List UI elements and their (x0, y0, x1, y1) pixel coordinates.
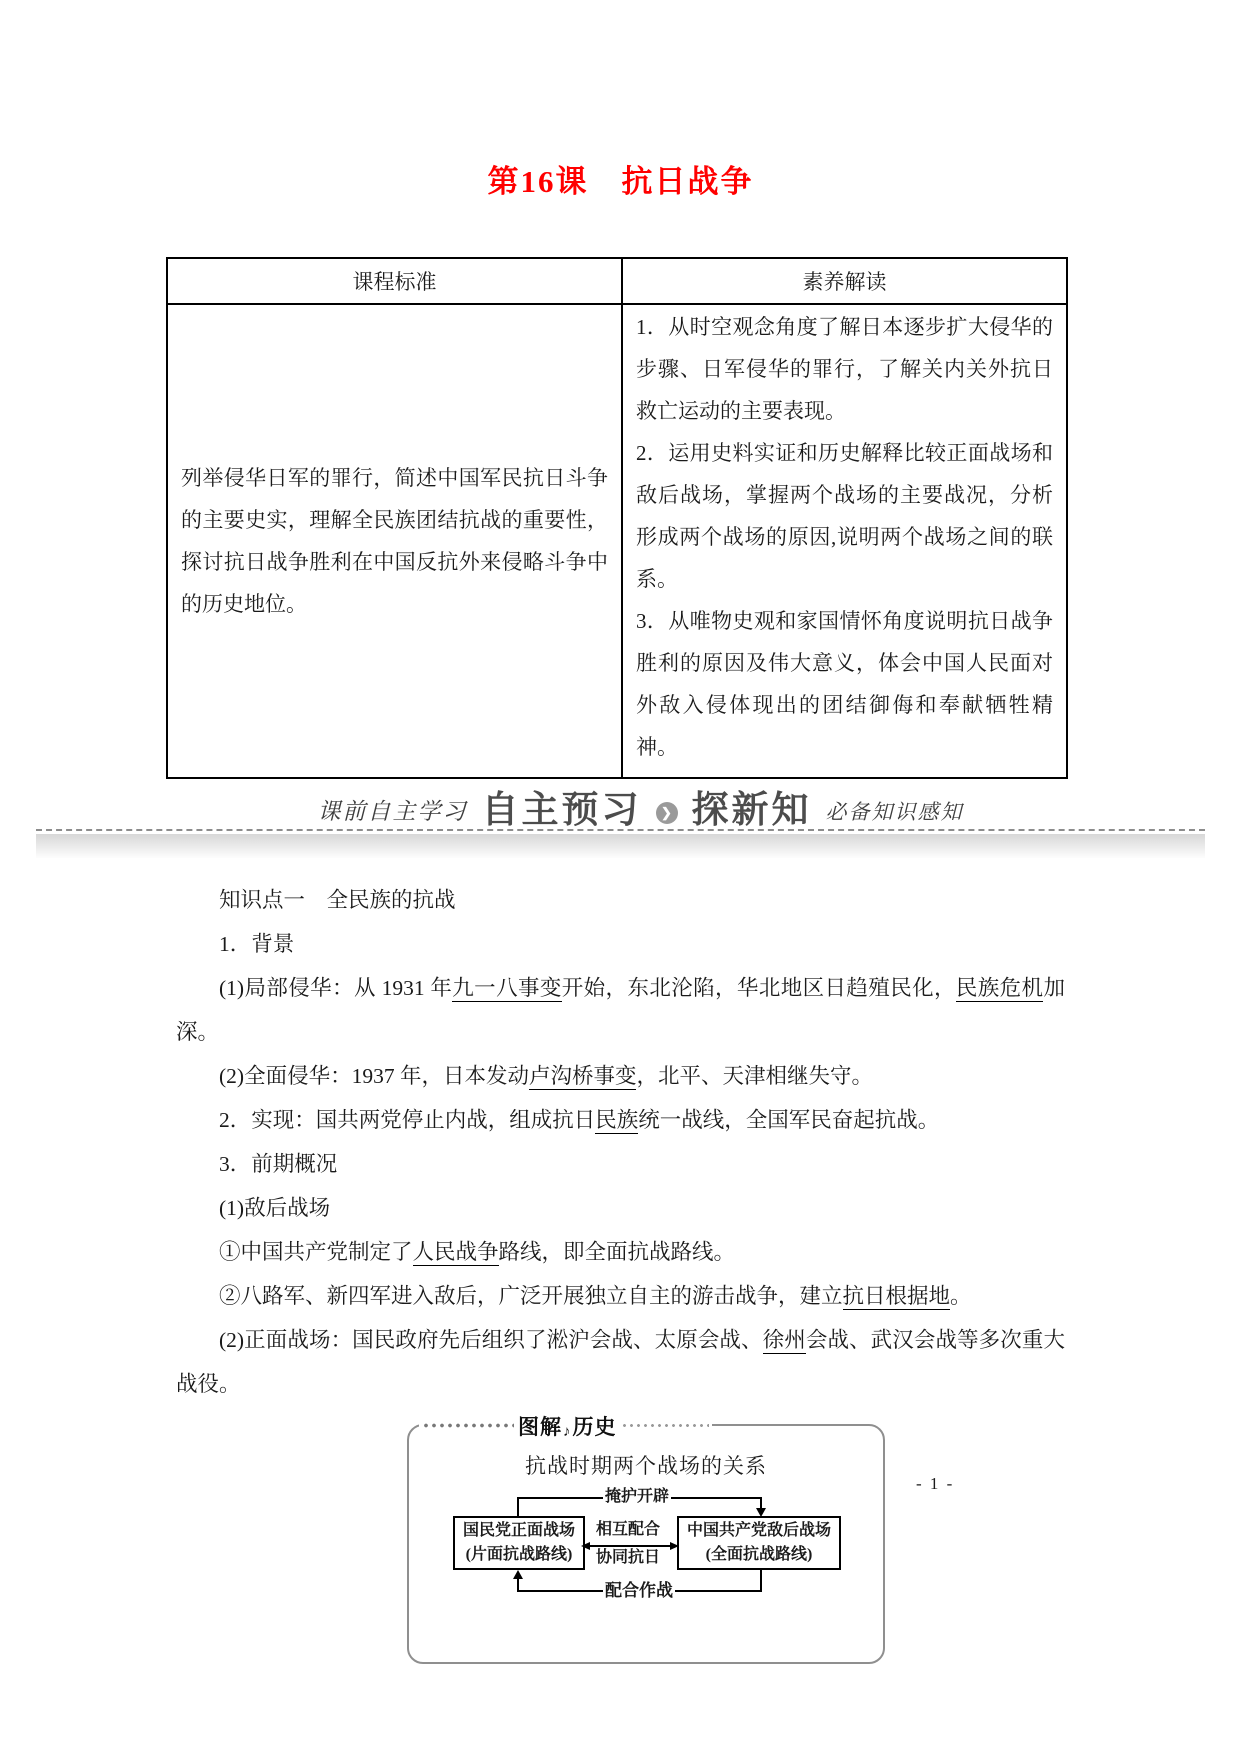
text-run: 2．实现：国共两党停止内战，组成抗日 (219, 1108, 595, 1132)
literacy-interpretation-cell: 1．从时空观念角度了解日本逐步扩大侵华的步骤、日军侵华的罪行，了解关内关外抗日救… (622, 304, 1067, 778)
diagram-tag-left: 图解 (518, 1416, 562, 1439)
document-page: 第16课 抗日战争 课程标准 素养解读 列举侵华日军的罪行，简述中国军民抗日斗争… (0, 0, 1241, 1664)
paragraph-background: 1．背景 (176, 922, 1065, 966)
flow-box-ccp-rear: 中国共产党敌后战场(全面抗战路线) (677, 1516, 841, 1570)
table-body-row: 列举侵华日军的罪行，简述中国军民抗日斗争的主要史实，理解全民族团结抗战的重要性，… (167, 304, 1067, 778)
flow-label-cooperate: 相互配合 (594, 1521, 662, 1539)
paragraph-enemy-rear: (1)敌后战场 (176, 1186, 1065, 1230)
text-run: (1)局部侵华：从 1931 年 (219, 976, 452, 1000)
literacy-item-2: 2．运用史料实证和历史解释比较正面战场和敌后战场，掌握两个战场的主要战况，分析形… (636, 432, 1053, 600)
top-left-line (517, 1497, 519, 1516)
section-heading-text: 知识点一 全民族的抗战 (219, 888, 456, 912)
literacy-item-3: 3．从唯物史观和家国情怀角度说明抗日战争胜利的原因及伟大意义，体会中国人民面对外… (636, 600, 1053, 768)
page-number: - 1 - (916, 1474, 954, 1494)
underlined-term: 抗日根据地 (843, 1284, 951, 1310)
flow-box-kmt-frontal: 国民党正面战场(片面抗战路线) (453, 1516, 585, 1570)
diagram-tag-label: 图解♪历史 (514, 1411, 621, 1441)
dotted-leader-icon (621, 1422, 709, 1429)
table-header-curriculum-standard: 课程标准 (167, 258, 622, 304)
paragraph-early-overview: 3．前期概况 (176, 1142, 1065, 1186)
diagram-title: 抗战时期两个战场的关系 (409, 1450, 883, 1480)
flow-box-line: 国民党正面战场 (463, 1522, 575, 1539)
text-run: (1)敌后战场 (219, 1196, 330, 1220)
text-run: (2)全面侵华：1937 年，日本发动 (219, 1064, 529, 1088)
flow-box-line: 中国共产党敌后战场 (687, 1522, 831, 1539)
flow-box-line: (全面抗战路线) (706, 1546, 813, 1563)
banner-right-label: 必备知识感知 (826, 796, 964, 829)
diagram-box: 图解♪历史 抗战时期两个战场的关系 掩护开辟 国民党正面战场(片面抗战路线) 中… (407, 1424, 885, 1664)
text-run: ②八路军、新四军进入敌后，广泛开展独立自主的游击战争，建立 (219, 1284, 843, 1308)
literacy-item-1: 1．从时空观念角度了解日本逐步扩大侵华的步骤、日军侵华的罪行，了解关内关外抗日救… (636, 306, 1053, 432)
text-run: 1．背景 (219, 932, 294, 956)
text-run: 。 (950, 1284, 972, 1308)
flow-box-line: (片面抗战路线) (466, 1546, 573, 1563)
diagram-tag: 图解♪历史 (419, 1412, 712, 1439)
curriculum-standard-cell: 列举侵华日军的罪行，简述中国军民抗日斗争的主要史实，理解全民族团结抗战的重要性，… (167, 304, 622, 778)
play-icon: ❯ (656, 802, 678, 824)
banner-left-label: 课前自主学习 (318, 793, 468, 829)
paragraph-guerrilla: ②八路军、新四军进入敌后，广泛开展独立自主的游击战争，建立抗日根据地。 (176, 1274, 1065, 1318)
underlined-term: 卢沟桥事变 (529, 1064, 637, 1090)
flow-label-cover: 掩护开辟 (603, 1488, 671, 1506)
paragraph-partial-invasion: (1)局部侵华：从 1931 年九一八事变开始，东北沦陷，华北地区日趋殖民化，民… (176, 966, 1065, 1054)
table-header-row: 课程标准 素养解读 (167, 258, 1067, 304)
text-run: 路线，即全面抗战路线。 (499, 1240, 736, 1264)
underlined-term: 民族危机 (956, 976, 1044, 1002)
underlined-term: 徐州 (763, 1328, 806, 1354)
curriculum-table: 课程标准 素养解读 列举侵华日军的罪行，简述中国军民抗日斗争的主要史实，理解全民… (166, 257, 1068, 779)
banner-main-right: 探新知 (690, 791, 814, 829)
paragraph-frontal-battlefield: (2)正面战场：国民政府先后组织了淞沪会战、太原会战、徐州会战、武汉会战等多次重… (176, 1318, 1065, 1406)
table-header-literacy-interpretation: 素养解读 (622, 258, 1067, 304)
play-icon-glyph: ❯ (661, 805, 672, 821)
flow-label-coordinated-combat: 配合作战 (603, 1582, 675, 1600)
arrow-right-icon (670, 1542, 679, 1550)
section-banner: 课前自主学习 自主预习 ❯ 探新知 必备知识感知 (36, 781, 1205, 831)
lesson-content: 知识点一 全民族的抗战 1．背景 (1)局部侵华：从 1931 年九一八事变开始… (176, 878, 1065, 1406)
paragraph-realization: 2．实现：国共两党停止内战，组成抗日民族统一战线，全国军民奋起抗战。 (176, 1098, 1065, 1142)
underlined-term: 九一八事变 (452, 976, 561, 1002)
banner-main-left: 自主预习 (480, 791, 644, 829)
music-note-icon: ♪ (562, 1423, 573, 1440)
page-title: 第16课 抗日战争 (0, 0, 1241, 201)
text-run: (2)正面战场：国民政府先后组织了淞沪会战、太原会战、 (219, 1328, 763, 1352)
text-run: 开始，东北沦陷，华北地区日趋殖民化， (562, 976, 956, 1000)
middle-double-arrow-line (586, 1545, 674, 1547)
text-run: ①中国共产党制定了 (219, 1240, 413, 1264)
text-run: ，北平、天津相继失守。 (636, 1064, 873, 1088)
paragraph-full-invasion: (2)全面侵华：1937 年，日本发动卢沟桥事变，北平、天津相继失守。 (176, 1054, 1065, 1098)
paragraph-ccp-line: ①中国共产党制定了人民战争路线，即全面抗战路线。 (176, 1230, 1065, 1274)
text-run: 统一战线，全国军民奋起抗战。 (638, 1108, 939, 1132)
dotted-leader-icon (422, 1422, 514, 1429)
text-run: 3．前期概况 (219, 1152, 337, 1176)
bottom-left-line (517, 1578, 519, 1591)
bottom-right-line (760, 1570, 762, 1591)
diagram-tag-right: 历史 (573, 1416, 617, 1439)
underlined-term: 民族 (595, 1108, 638, 1134)
section-heading: 知识点一 全民族的抗战 (176, 878, 1065, 922)
flow-label-joint-resist: 协同抗日 (594, 1549, 662, 1567)
banner-gradient-bar (36, 834, 1205, 858)
underlined-term: 人民战争 (413, 1240, 499, 1266)
arrow-left-icon (581, 1542, 590, 1550)
flowchart: 掩护开辟 国民党正面战场(片面抗战路线) 中国共产党敌后战场(全面抗战路线) 相… (409, 1490, 883, 1610)
arrow-up-icon (513, 1570, 523, 1579)
